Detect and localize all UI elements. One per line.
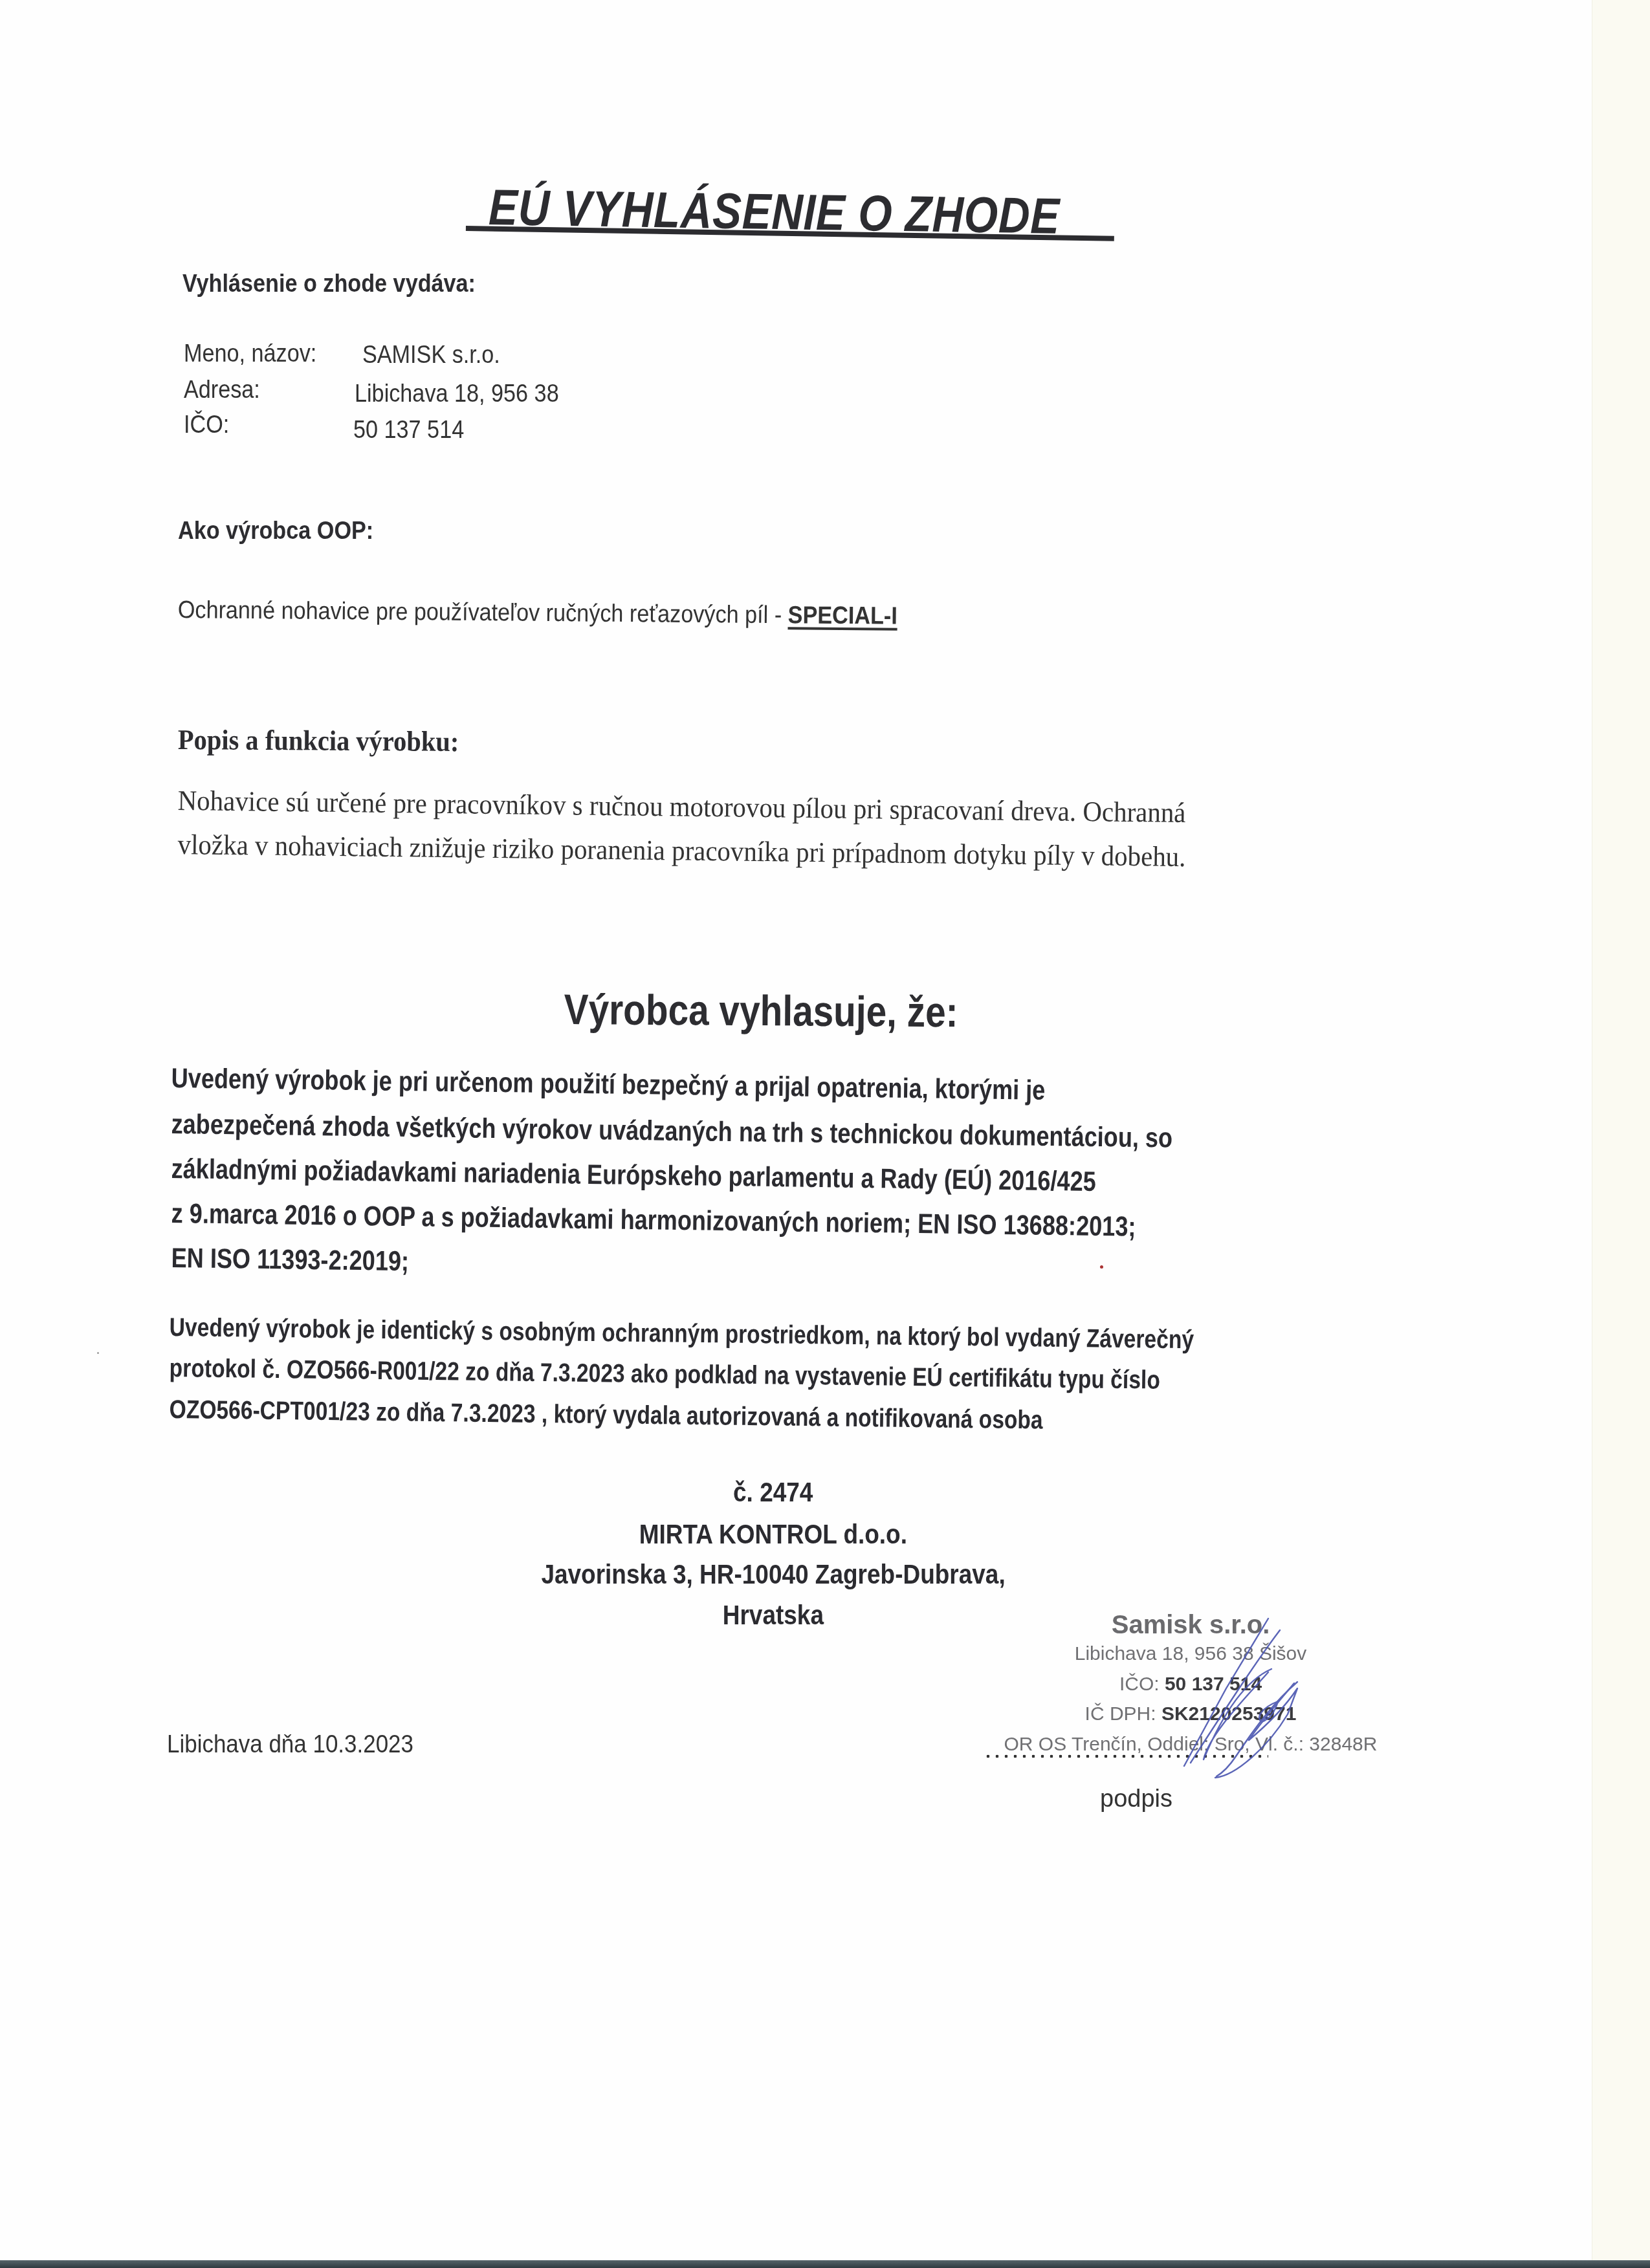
place-and-date: Libichava dňa 10.3.2023 xyxy=(167,1731,413,1759)
notified-body-name: MIRTA KONTROL d.o.o. xyxy=(492,1519,1055,1551)
issuer-address-value: Libichava 18, 956 38 xyxy=(355,380,559,408)
issuer-heading: Vyhlásenie o zhode vydáva: xyxy=(182,270,476,298)
product-line: Ochranné nohavice pre používateľov ručný… xyxy=(178,596,897,631)
scan-edge-bottom xyxy=(0,2260,1650,2268)
issuer-name-value: SAMISK s.r.o. xyxy=(362,342,500,369)
notified-body-number: č. 2474 xyxy=(492,1477,1055,1509)
declaration-line-2: zabezpečená zhoda všetkých výrokov uvádz… xyxy=(171,1109,1172,1155)
identity-line-3: OZO566-CPT001/23 zo dňa 7.3.2023 , ktorý… xyxy=(169,1395,1043,1435)
declaration-line-1: Uvedený výrobok je pri určenom použití b… xyxy=(171,1063,1045,1107)
issuer-ico-label: IČO: xyxy=(184,411,229,439)
product-description: Ochranné nohavice pre používateľov ručný… xyxy=(178,596,788,629)
signature-label: podpis xyxy=(1100,1785,1172,1813)
declaration-heading: Výrobca vyhlasuje, že: xyxy=(564,985,958,1036)
notified-body-address: Javorinska 3, HR-10040 Zagreb-Dubrava, xyxy=(492,1559,1055,1591)
issuer-name-label: Meno, názov: xyxy=(184,340,316,368)
description-heading: Popis a funkcia výrobku: xyxy=(178,723,459,758)
manufacturer-heading: Ako výrobca OOP: xyxy=(178,518,373,545)
identity-line-2: protokol č. OZO566-R001/22 zo dňa 7.3.20… xyxy=(169,1354,1160,1395)
product-name: SPECIAL-I xyxy=(787,602,897,629)
issuer-address-label: Adresa: xyxy=(184,376,260,404)
scan-speck xyxy=(97,1352,99,1354)
scan-edge-right xyxy=(1592,0,1650,2261)
description-line-1: Nohavice sú určené pre pracovníkov s ruč… xyxy=(177,784,1185,829)
declaration-line-5: EN ISO 11393-2:2019; xyxy=(171,1243,409,1278)
identity-line-1: Uvedený výrobok je identický s osobným o… xyxy=(169,1313,1194,1355)
declaration-line-4: z 9.marca 2016 o OOP a s požiadavkami ha… xyxy=(171,1198,1136,1243)
description-line-2: vložka v nohaviciach znižuje riziko pora… xyxy=(177,828,1185,873)
handwritten-signature-icon xyxy=(1165,1611,1372,1805)
declaration-line-3: základnými požiadavkami nariadenia Európ… xyxy=(171,1153,1096,1198)
issuer-ico-value: 50 137 514 xyxy=(353,417,464,444)
scan-speck xyxy=(1100,1265,1103,1269)
